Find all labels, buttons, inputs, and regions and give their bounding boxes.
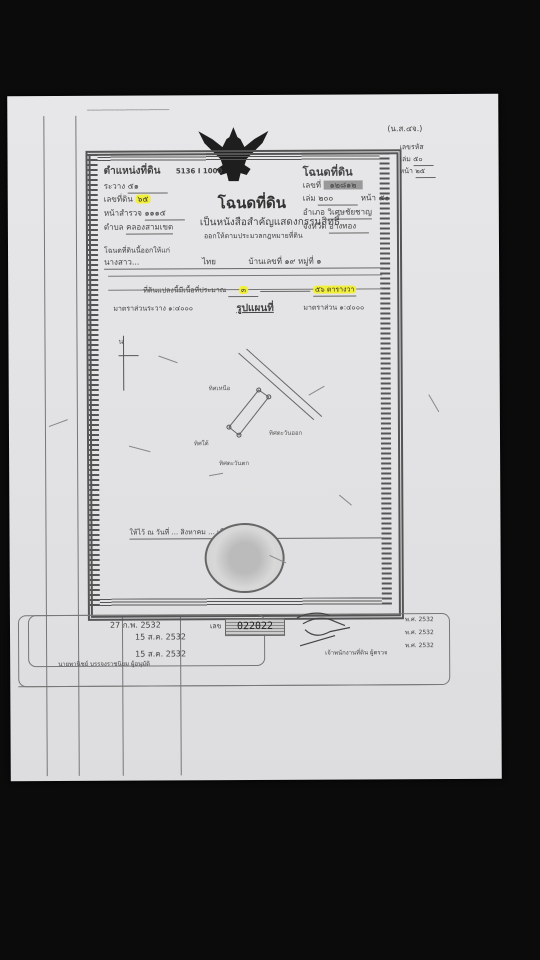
location-label: ตำแหน่งที่ดิน 5136 I 1000 (104, 163, 223, 179)
serial-number-box: 022022 (225, 618, 285, 636)
svg-text:ทิศเหนือ: ทิศเหนือ (209, 384, 231, 392)
svg-text:น: น (118, 338, 123, 346)
signature-scribble-icon (295, 609, 355, 649)
owner-details: นางสาว... ไทย บ้านเลขที่ ๑๙ หมู่ที่ ๑ (104, 254, 384, 269)
footer-left-signatory: นายพานิชย์ บรรจงราชนิยม ผู้อนุมัติ (58, 659, 150, 669)
side-field-page: หน้า ๒๕ (400, 166, 436, 178)
scale-right: มาตราส่วน ๑:๔๐๐๐ (303, 302, 364, 313)
area-line: ที่ดินแปลงนี้มีเนื้อที่ประมาณ ๓ ๕๖ ตาราง… (143, 284, 356, 297)
highlighted-rai: ๓ (239, 286, 248, 294)
footer-right-signatory: เจ้าพนักงานที่ดิน ผู้ตรวจ (325, 647, 387, 657)
highlighted-parcel-number: ๖๕ (135, 195, 150, 204)
land-title-deed-page: ───────────────── (น.ส.๔จ.) ตำแหน่งที่ดิ… (7, 94, 502, 782)
svg-text:ทิศใต้: ทิศใต้ (194, 439, 209, 447)
top-left-header-text: ───────────────── (87, 105, 169, 114)
serial-label: เลข (210, 621, 222, 632)
deed-subtitle-2: ออกให้ตามประมวลกฎหมายที่ดิน (204, 231, 303, 243)
official-seal-stamp (204, 523, 284, 593)
field-survey-page: หน้าสำรวจ ๑๑๑๕ (104, 206, 185, 220)
deed-title: โฉนดที่ดิน (218, 191, 286, 215)
side-field-volume: เล่ม ๕๐ (400, 154, 434, 166)
svg-text:ทิศตะวันออก: ทิศตะวันออก (269, 430, 303, 437)
svg-text:ทิศตะวันตก: ทิศตะวันตก (219, 460, 249, 467)
side-field-code: เลขรหัส (399, 142, 423, 153)
footer-right-date-3: พ.ศ. 2532 (405, 640, 434, 650)
deed-subtitle: เป็นหนังสือสำคัญแสดงกรรมสิทธิ์ (200, 215, 340, 231)
field-subdistrict: ตำบล คลองสามเขต (104, 220, 173, 234)
highlighted-sq-wa: ๕๖ ตารางวา (313, 285, 356, 293)
field-deed-number: เลขที่ ๑๒๘๑๒ (303, 178, 363, 191)
footer-right-date-2: พ.ศ. 2532 (405, 627, 434, 637)
map-label: รูปแผนที่ (236, 301, 274, 316)
scale-left: มาตราส่วนระวาง ๑:๔๐๐๐ (113, 303, 193, 314)
field-volume-page: เล่ม ๒๐๐ หน้า ๕๑ (303, 191, 390, 205)
date-stamp-2: 15 ส.ค. 2532 (135, 630, 186, 643)
field-parcel-number: เลขที่ดิน ๖๕ (104, 193, 151, 206)
plot-map-diagram: น ทิศเหนือ ทิศใต้ ทิศตะวันออก ทิศตะวันตก (118, 335, 349, 486)
footer-right-date-1: พ.ศ. 2532 (405, 614, 434, 624)
corner-ref: (น.ส.๔จ.) (387, 122, 422, 135)
